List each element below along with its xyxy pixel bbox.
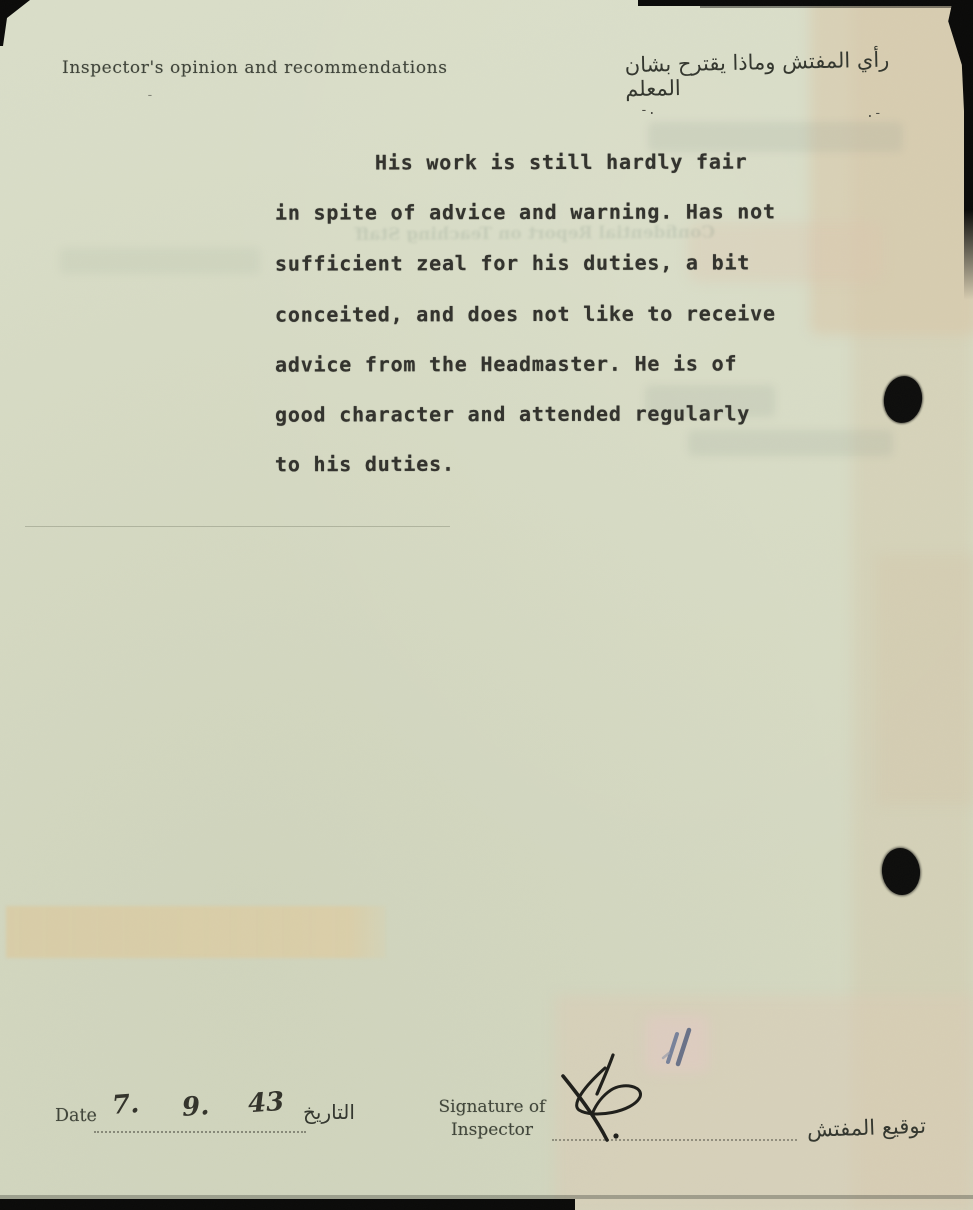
bleed-through-mirrored-text: Confidential Report on Teaching Staff (295, 223, 715, 246)
opinion-line: good character and attended regularly (275, 401, 750, 426)
faint-horizontal-rule (25, 526, 450, 527)
opinion-line: conceited, and does not like to receive (275, 301, 776, 326)
scanned-document-page: Confidential Report on Teaching Staff In… (0, 0, 973, 1210)
paper-grain-texture (0, 0, 973, 1210)
handwritten-date-day: 7. (111, 1089, 140, 1121)
right-edge-tan-stain (852, 0, 973, 1210)
scan-edge-top-faint (700, 6, 973, 8)
handwritten-date-year: 43 (247, 1087, 285, 1119)
hole-punch-dot (880, 846, 923, 897)
date-label: Date (55, 1106, 97, 1126)
stray-typed-mark: - (146, 88, 154, 103)
scan-edge-top-left (0, 0, 30, 46)
scan-edge-top (638, 0, 973, 6)
signature-fill-line (552, 1112, 797, 1141)
stray-typed-mark: .- (866, 106, 882, 121)
bleed-through-smudge (688, 430, 893, 456)
opinion-line: in spite of advice and warning. Has not (275, 199, 776, 224)
bleed-through-smudge (60, 248, 260, 274)
form-heading-english: Inspector's opinion and recommendations (62, 58, 448, 78)
tape-stain-band (6, 906, 386, 958)
signature-label-line2: Inspector (428, 1119, 556, 1142)
signature-label-line1: Signature of (428, 1096, 556, 1119)
hole-punch-dot (881, 374, 925, 426)
opinion-line: to his duties. (275, 452, 455, 476)
opinion-line: advice from the Headmaster. He is of (275, 351, 737, 376)
bleed-through-smudge (648, 122, 903, 152)
right-middle-tan-stain (876, 555, 973, 805)
stray-typed-mark: -. (640, 103, 656, 118)
signature-label: Signature of Inspector (428, 1096, 556, 1142)
pink-patch (645, 1015, 709, 1073)
scan-edge-bottom (0, 1199, 575, 1210)
date-label-arabic: التاريخ (303, 1100, 355, 1124)
handwritten-date-month: 9. (181, 1091, 210, 1123)
form-heading-arabic: رأي المفتش وماذا يقترح بشان المعلم (625, 47, 926, 101)
opinion-line: His work is still hardly fair (375, 150, 747, 175)
scan-edge-top-right (942, 0, 973, 118)
scan-edge-bottom-faint (0, 1195, 973, 1199)
scan-edge-right (964, 0, 973, 300)
signature-label-arabic: توقيع المفتش (796, 1114, 927, 1143)
opinion-line: sufficient zeal for his duties, a bit (275, 250, 750, 275)
bottom-right-tan-stain (555, 995, 973, 1210)
handwritten-margin-mark (658, 1022, 700, 1074)
